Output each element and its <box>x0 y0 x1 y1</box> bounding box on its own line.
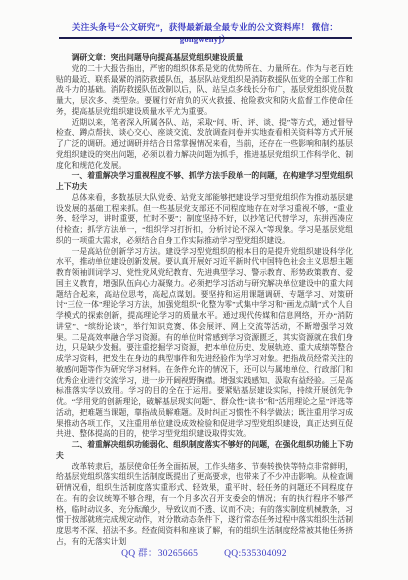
qq-number: QQ:535304092 <box>224 549 287 559</box>
section-heading-1: 一、着重解决学习重视程度不够、抓学方法手段单一的问题，在构建学习型党组织上下功夫 <box>56 171 353 193</box>
promo-header: 关注头条号“公文研究”，获得最新最全最专业的公文资料库！ 微信：gongweny… <box>58 21 352 45</box>
paragraph-section1-2: 一是高站位创新学习方法。建设学习型党组织的根本目的是提升党组织建设科学化水平，推… <box>56 247 353 441</box>
promo-header-text: 关注头条号“公文研究”，获得最新最全最专业的公文资料库！ 微信：gongweny… <box>72 22 338 44</box>
document-body: 调研文章：突出问题导向提高基层党组织建设质量 党的二十大报告指出，严密的组织体系… <box>56 53 353 548</box>
paragraph-section2-1: 改革转隶后，基层使命任务全面拓展，工作头绪多、节奏转换快等特点非常鲜明，给基层党… <box>56 462 353 548</box>
header-divider <box>59 37 352 39</box>
paragraph-intro-1: 党的二十大报告指出，严密的组织体系是党的优势所在、力量所在。作为与老百姓贴的最近… <box>56 64 353 118</box>
paragraph-section1-1: 总体来看，多数基层大队党委、站党支部能够把建设学习型党组织作为推动基层建设发展的… <box>56 193 353 247</box>
document-title: 调研文章：突出问题导向提高基层党组织建设质量 <box>56 53 353 64</box>
contact-footer: QQ 群：30265665QQ:535304092 <box>0 545 408 559</box>
section-heading-2: 二、着重解决组织功能弱化、组织制度落实不够好的问题，在强化组织功能上下功夫 <box>56 440 353 462</box>
qq-group-number: QQ 群：30265665 <box>121 545 198 559</box>
paragraph-intro-2: 近期以来，笔者深入所属各队、站，采取“问、听、评、谈、提”等方式，通过督导检查、… <box>56 118 353 172</box>
document-page: 关注头条号“公文研究”，获得最新最全最专业的公文资料库！ 微信：gongweny… <box>0 0 408 580</box>
